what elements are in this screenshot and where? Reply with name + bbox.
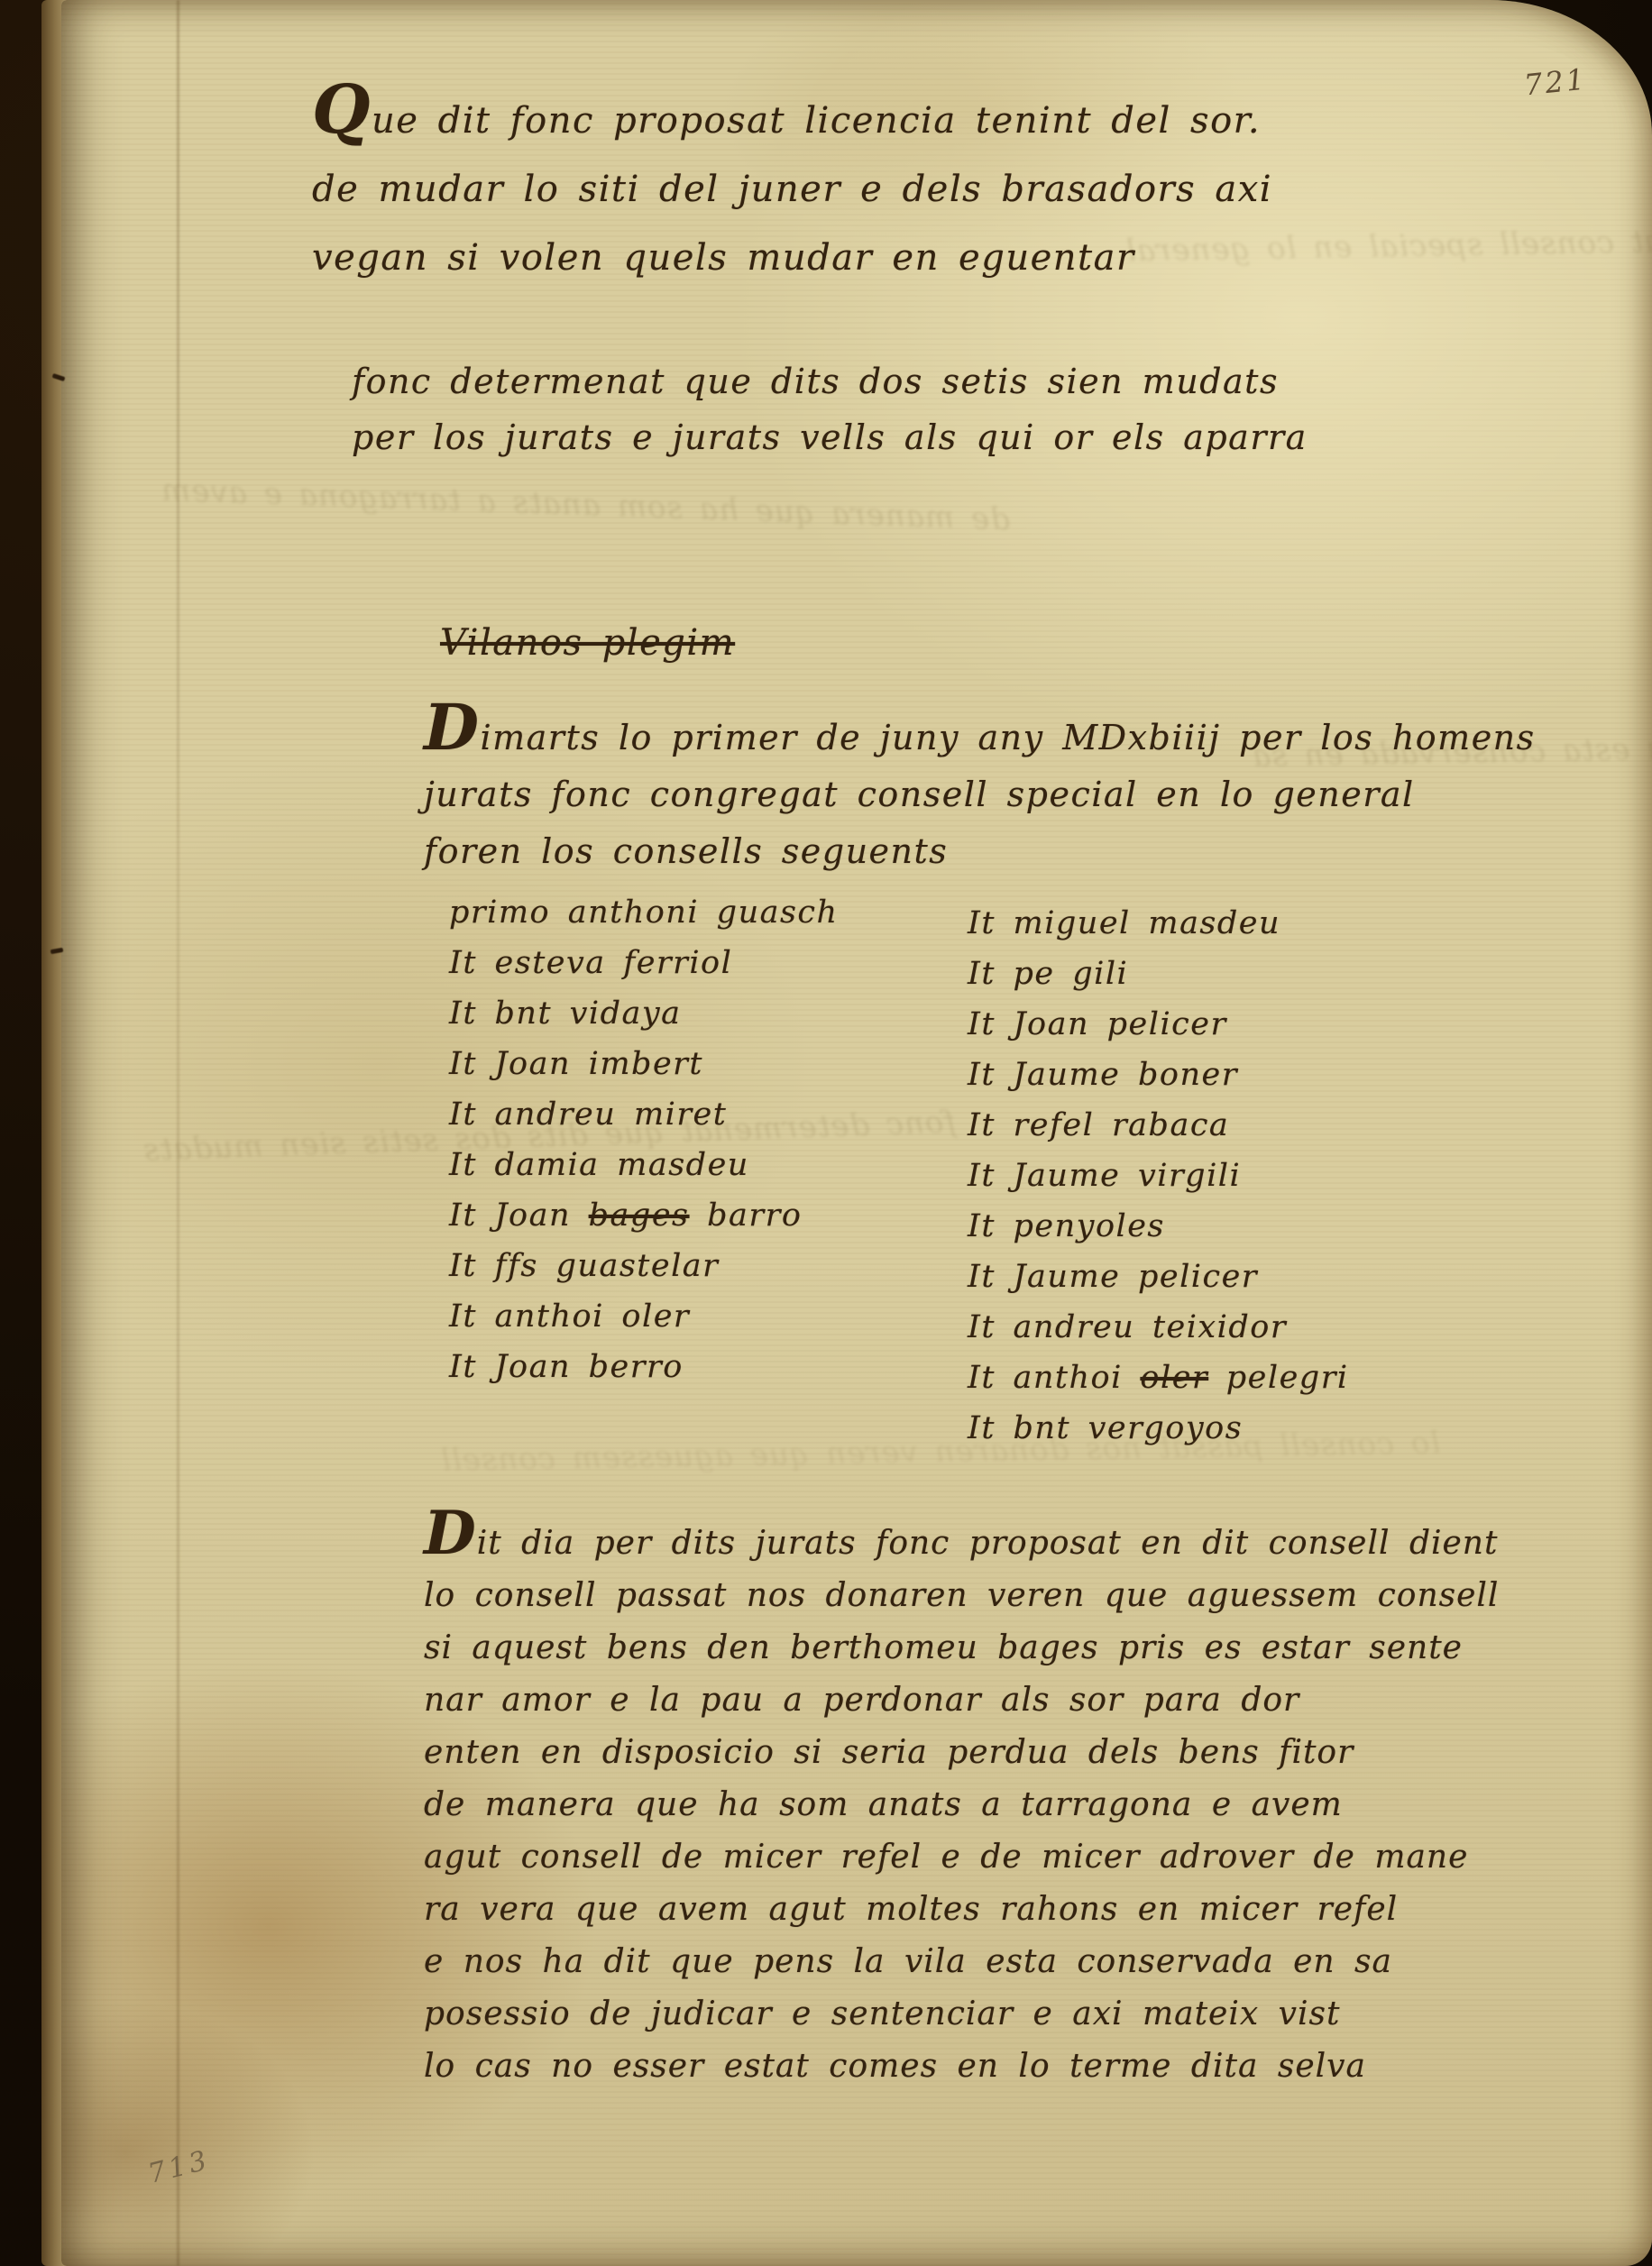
council-member: It Joan berro	[449, 1342, 839, 1392]
archive-number: 713	[145, 2144, 214, 2190]
council-member: It bnt vergoyos	[968, 1403, 1349, 1454]
manuscript-line: per los jurats e jurats vells als qui or…	[352, 409, 1308, 465]
struck-text: oler	[1140, 1360, 1208, 1396]
manuscript-line: vegan si volen quels mudar en eguentar	[312, 224, 1272, 292]
manuscript-line: si aquest bens den berthomeu bages pris …	[424, 1622, 1499, 1674]
fold-crease	[177, 0, 179, 2266]
paragraph-deliberation: Dit dia per dits jurats fonc proposat en…	[424, 1511, 1499, 2093]
council-member: It damia masdeu	[449, 1140, 839, 1190]
council-member: It anthoi oler pelegri	[968, 1353, 1349, 1403]
manuscript-line: ra vera que avem agut moltes rahons en m…	[424, 1884, 1499, 1936]
council-member: It esteva ferriol	[449, 938, 839, 988]
showthrough-text: de manera que ha som anats a tarragona e…	[161, 472, 1011, 538]
council-member: It Joan pelicer	[968, 999, 1349, 1050]
council-member: primo anthoni guasch	[449, 887, 839, 938]
council-list-left: primo anthoni guasch It esteva ferriol I…	[449, 887, 839, 1392]
member-name-part: barro	[690, 1197, 803, 1234]
paragraph-session-date: Dimarts lo primer de juny any MDxbiiij p…	[424, 705, 1536, 880]
council-member: It miguel masdeu	[968, 898, 1349, 949]
cancelled-heading: Vilanos plegim	[440, 622, 735, 664]
member-name-part: It anthoi	[968, 1360, 1140, 1396]
manuscript-line: enten en disposicio si seria perdua dels…	[424, 1727, 1499, 1779]
council-member: It Joan bages barro	[449, 1190, 839, 1241]
manuscript-line: lo cas no esser estat comes en lo terme …	[424, 2041, 1499, 2093]
council-member: It Joan imbert	[449, 1039, 839, 1089]
council-member: It penyoles	[968, 1201, 1349, 1252]
council-member: It refel rabaca	[968, 1100, 1349, 1151]
manuscript-line: de manera que ha som anats a tarragona e…	[424, 1779, 1499, 1831]
manuscript-line: jurats fonc congregat consell special en…	[424, 766, 1536, 823]
council-member: It andreu teixidor	[968, 1302, 1349, 1353]
manuscript-line: agut consell de micer refel e de micer a…	[424, 1831, 1499, 1884]
manuscript-page: jurats fonc congregat consell special en…	[61, 0, 1652, 2266]
member-name-part: It Joan	[449, 1197, 589, 1234]
struck-text: Vilanos plegim	[440, 622, 735, 664]
council-list-right: It miguel masdeu It pe gili It Joan peli…	[968, 898, 1349, 1454]
folio-number: 721	[1522, 61, 1589, 102]
manuscript-line: lo consell passat nos donaren veren que …	[424, 1570, 1499, 1622]
member-name-part: pelegri	[1208, 1360, 1348, 1396]
manuscript-line: Que dit fonc proposat licencia tenint de…	[312, 87, 1272, 155]
council-member: It andreu miret	[449, 1089, 839, 1140]
council-member: It Jaume pelicer	[968, 1252, 1349, 1302]
manuscript-photo: jurats fonc congregat consell special en…	[0, 0, 1652, 2266]
council-member: It anthoi oler	[449, 1291, 839, 1342]
manuscript-line: nar amor e la pau a perdonar als sor par…	[424, 1674, 1499, 1727]
paragraph-determination: fonc determenat que dits dos setis sien …	[352, 353, 1308, 465]
council-member: It Jaume virgili	[968, 1151, 1349, 1201]
manuscript-line: e nos ha dit que pens la vila esta conse…	[424, 1936, 1499, 1988]
council-member: It Jaume boner	[968, 1050, 1349, 1100]
paragraph-resolution-intro: Que dit fonc proposat licencia tenint de…	[312, 87, 1272, 292]
manuscript-line: fonc determenat que dits dos setis sien …	[352, 353, 1308, 409]
manuscript-line: foren los consells seguents	[424, 823, 1536, 880]
manuscript-line: Dit dia per dits jurats fonc proposat en…	[424, 1511, 1499, 1570]
manuscript-line: de mudar lo siti del juner e dels brasad…	[312, 155, 1272, 224]
council-member: It pe gili	[968, 949, 1349, 999]
struck-text: bages	[589, 1197, 690, 1234]
council-member: It ffs guastelar	[449, 1241, 839, 1291]
manuscript-line: posessio de judicar e sentenciar e axi m…	[424, 1988, 1499, 2041]
council-member: It bnt vidaya	[449, 988, 839, 1039]
manuscript-line: Dimarts lo primer de juny any MDxbiiij p…	[424, 705, 1536, 766]
